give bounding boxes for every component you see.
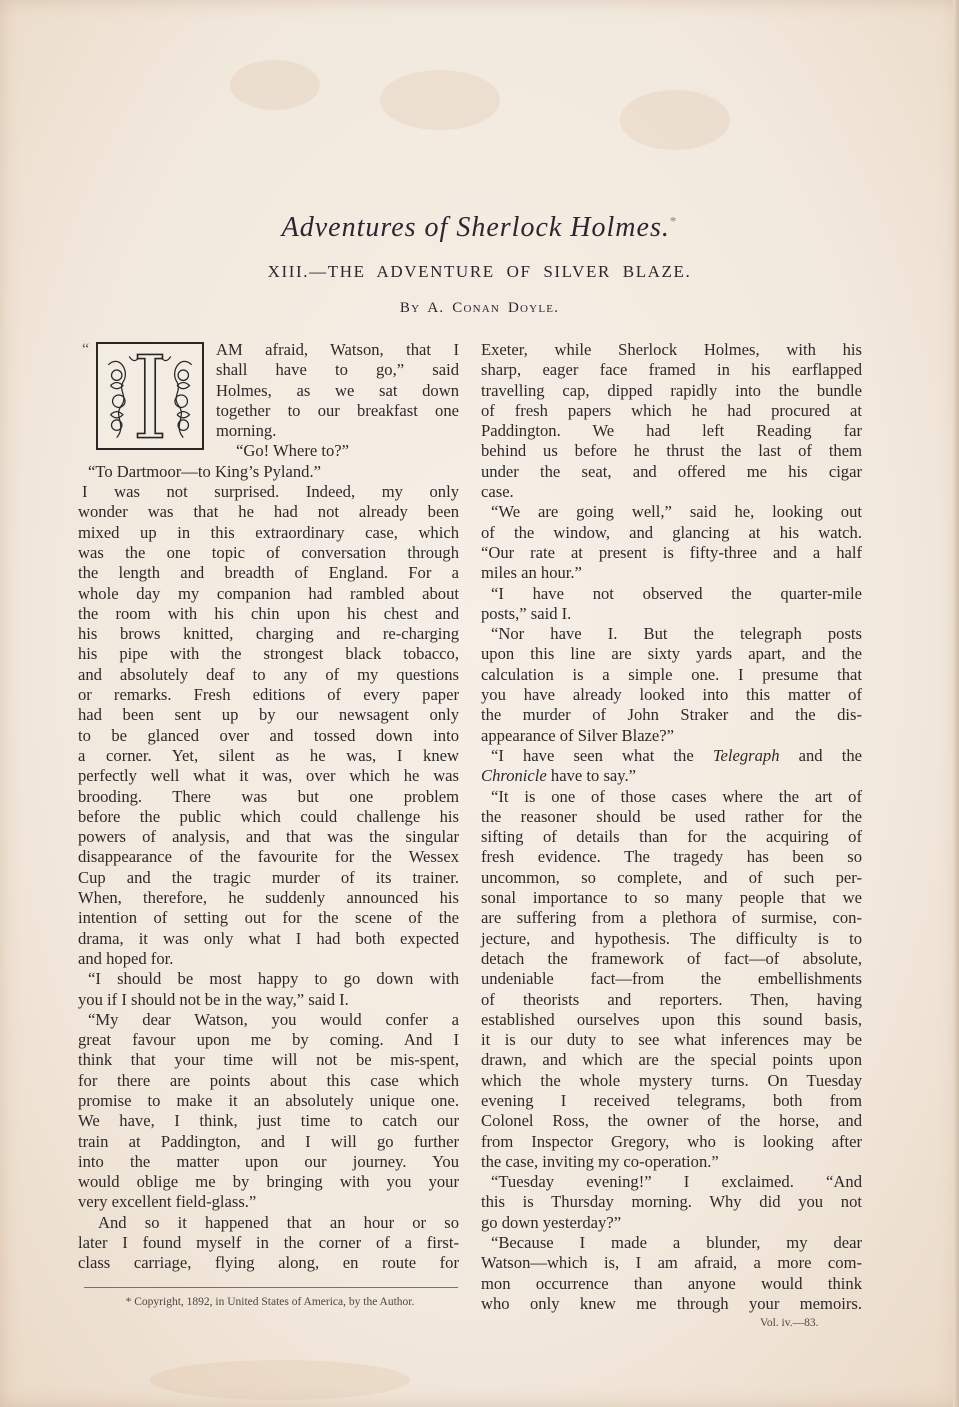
text-line: sifting of details than for the acquirin… <box>481 827 862 847</box>
text-line: “My dear Watson, you would confer a <box>78 1010 459 1030</box>
text-line-with-italic: Chronicle have to say.” <box>481 766 862 786</box>
text-line: uncommon, so complete, and of such per- <box>481 868 862 888</box>
magazine-page: Adventures of Sherlock Holmes.* XIII.—TH… <box>0 0 959 1407</box>
text-line: a corner. Yet, silent as he was, I knew <box>78 746 459 766</box>
text-line: promise to make it an absolutely unique … <box>78 1091 459 1111</box>
text-line: go down yesterday?” <box>481 1213 862 1233</box>
open-quote: “ <box>82 340 89 360</box>
text-line: “Because I made a blunder, my dear <box>481 1233 862 1253</box>
text-line: When, therefore, he suddenly announced h… <box>78 888 459 908</box>
text-line: it is our duty to see what inferences ma… <box>481 1030 862 1050</box>
footnote-mark: * <box>670 214 678 229</box>
ornamental-dropcap-icon <box>96 342 204 450</box>
text-line: Exeter, while Sherlock Holmes, with his <box>481 340 862 360</box>
text-line: shall have to go,” said <box>216 360 459 380</box>
text-line: “Nor have I. But the telegraph posts <box>481 624 862 644</box>
right-column: Exeter, while Sherlock Holmes, with his … <box>481 340 862 1314</box>
text-line: Cup and the tragic murder of its trainer… <box>78 868 459 888</box>
text-line: behind us before he thrust the last of t… <box>481 441 862 461</box>
text-line: calculation is a simple one. I presume t… <box>481 665 862 685</box>
text-line: Holmes, as we sat down <box>216 381 459 401</box>
text-line: brooding. There was but one problem <box>78 787 459 807</box>
text-line: case. <box>481 482 862 502</box>
text-line: We have, I think, just time to catch our <box>78 1111 459 1131</box>
text-line: very excellent field-glass.” <box>78 1192 459 1212</box>
text-line: wonder was that he had not already been <box>78 502 459 522</box>
text-line: “Go! Where to?” <box>216 441 459 461</box>
text-line: morning. <box>216 421 459 441</box>
text-line: perfectly well what it was, over which h… <box>78 766 459 786</box>
text-line: great favour upon me by coming. And I <box>78 1030 459 1050</box>
text-line: evening I received telegrams, both from <box>481 1091 862 1111</box>
text-line: established ourselves upon this sound ba… <box>481 1010 862 1030</box>
text-line: Paddington. We had left Reading far <box>481 421 862 441</box>
text-line: sonal importance to so many people that … <box>481 888 862 908</box>
text-line: from Inspector Gregory, who is looking a… <box>481 1132 862 1152</box>
text-line: of the window, and glancing at his watch… <box>481 523 862 543</box>
text-line: class carriage, flying along, en route f… <box>78 1253 459 1273</box>
text-line: had been sent up by our newsagent only <box>78 705 459 725</box>
text-line: or remarks. Fresh editions of every pape… <box>78 685 459 705</box>
text-line: later I found myself in the corner of a … <box>78 1233 459 1253</box>
text-line: whole day my companion had rambled about <box>78 584 459 604</box>
text-line: powers of analysis, and that was the sin… <box>78 827 459 847</box>
text-line: intention of setting out for the scene o… <box>78 908 459 928</box>
text-line: appearance of Silver Blaze?” <box>481 726 862 746</box>
text-line: “I should be most happy to go down with <box>78 969 459 989</box>
text-line: for there are points about this case whi… <box>78 1071 459 1091</box>
text-line: “It is one of those cases where the art … <box>481 787 862 807</box>
text-line: mon occurrence than anyone would think <box>481 1274 862 1294</box>
text-line: the murder of John Straker and the dis- <box>481 705 862 725</box>
text-line: mixed up in this extraordinary case, whi… <box>78 523 459 543</box>
text-line: “Our rate at present is fifty-three and … <box>481 543 862 563</box>
text-line: the length and breadth of England. For a <box>78 563 459 583</box>
text-line: detach the framework of fact—of absolute… <box>481 949 862 969</box>
text-line: AM afraid, Watson, that I <box>216 340 459 360</box>
copyright-footnote: * Copyright, 1892, in United States of A… <box>78 1296 462 1308</box>
text-line: would oblige me by bringing with you you… <box>78 1172 459 1192</box>
text-line: miles an hour.” <box>481 563 862 583</box>
text-line: Colonel Ross, the owner of the horse, an… <box>481 1111 862 1131</box>
text-line: “I have not observed the quarter-mile <box>481 584 862 604</box>
text-line: to be glanced over and tossed down into <box>78 726 459 746</box>
text-line: drawn, and which are the special points … <box>481 1050 862 1070</box>
text-line: you if I should not be in the way,” said… <box>78 990 459 1010</box>
text-line: which the whole mystery turns. On Tuesda… <box>481 1071 862 1091</box>
footnote-divider <box>84 1287 458 1288</box>
text-line: sharp, eager face framed in his earflapp… <box>481 360 862 380</box>
byline: By A. Conan Doyle. <box>0 300 959 317</box>
text-line: and hoped for. <box>78 949 459 969</box>
text-line: was the one topic of conversation throug… <box>78 543 459 563</box>
text-line: Watson—which is, I am afraid, a more com… <box>481 1253 862 1273</box>
text-line: and absolutely deaf to any of my questio… <box>78 665 459 685</box>
floral-initial-i-icon <box>98 344 202 448</box>
text-line: the reasoner should be used rather for t… <box>481 807 862 827</box>
text-line: his pipe with the strongest black tobacc… <box>78 644 459 664</box>
text-line: posts,” said I. <box>481 604 862 624</box>
text-line: jecture, and hypothesis. The difficulty … <box>481 929 862 949</box>
page-folio: Vol. iv.—83. <box>760 1317 818 1329</box>
text-line: before the public which could challenge … <box>78 807 459 827</box>
text-line: his brows knitted, charging and re-charg… <box>78 624 459 644</box>
series-title-text: Adventures of Sherlock Holmes. <box>282 212 670 243</box>
italic-newspaper-name: Telegraph <box>713 746 780 765</box>
foxing-stain <box>380 70 500 130</box>
text-line: together to our breakfast one <box>216 401 459 421</box>
text-line: the case, inviting my co-operation.” <box>481 1152 862 1172</box>
text-line: into the matter upon our journey. You <box>78 1152 459 1172</box>
text-line: “To Dartmoor—to King’s Pyland.” <box>78 462 459 482</box>
text-line: think that your time will not be mis-spe… <box>78 1050 459 1070</box>
text-line: disappearance of the favourite for the W… <box>78 847 459 867</box>
text-line-with-italic: “I have seen what the Telegraph and the <box>481 746 862 766</box>
text-line: the room with his chin upon his chest an… <box>78 604 459 624</box>
text-line: of theorists and reporters. Then, having <box>481 990 862 1010</box>
text-line: upon this line are sixty yards apart, an… <box>481 644 862 664</box>
text-line: train at Paddington, and I will go furth… <box>78 1132 459 1152</box>
foxing-stain <box>230 60 320 110</box>
text-line: of fresh papers which he had procured at <box>481 401 862 421</box>
text-line: “We are going well,” said he, looking ou… <box>481 502 862 522</box>
text-line: are suffering from a plethora of surmise… <box>481 908 862 928</box>
text-line: undeniable fact—from the embellishments <box>481 969 862 989</box>
foxing-stain <box>620 90 730 150</box>
text-line: you have already looked into this matter… <box>481 685 862 705</box>
text-line: “Tuesday evening!” I exclaimed. “And <box>481 1172 862 1192</box>
foxing-stain <box>150 1360 410 1400</box>
left-column: “ <box>78 340 459 1274</box>
text-line: drama, it was only what I had both expec… <box>78 929 459 949</box>
text-line: travelling cap, dipped rapidly into the … <box>481 381 862 401</box>
text-line: fresh evidence. The tragedy has been so <box>481 847 862 867</box>
text-line: And so it happened that an hour or so <box>78 1213 459 1233</box>
text-line: I was not surprised. Indeed, my only <box>78 482 459 502</box>
text-line: who only knew me through your memoirs. <box>481 1294 862 1314</box>
series-title: Adventures of Sherlock Holmes.* <box>0 212 959 244</box>
text-line: this is Thursday morning. Why did you no… <box>481 1192 862 1212</box>
text-line: under the seat, and offered me his cigar <box>481 462 862 482</box>
story-title: XIII.—THE ADVENTURE OF SILVER BLAZE. <box>0 262 959 282</box>
italic-newspaper-name: Chronicle <box>481 766 547 785</box>
